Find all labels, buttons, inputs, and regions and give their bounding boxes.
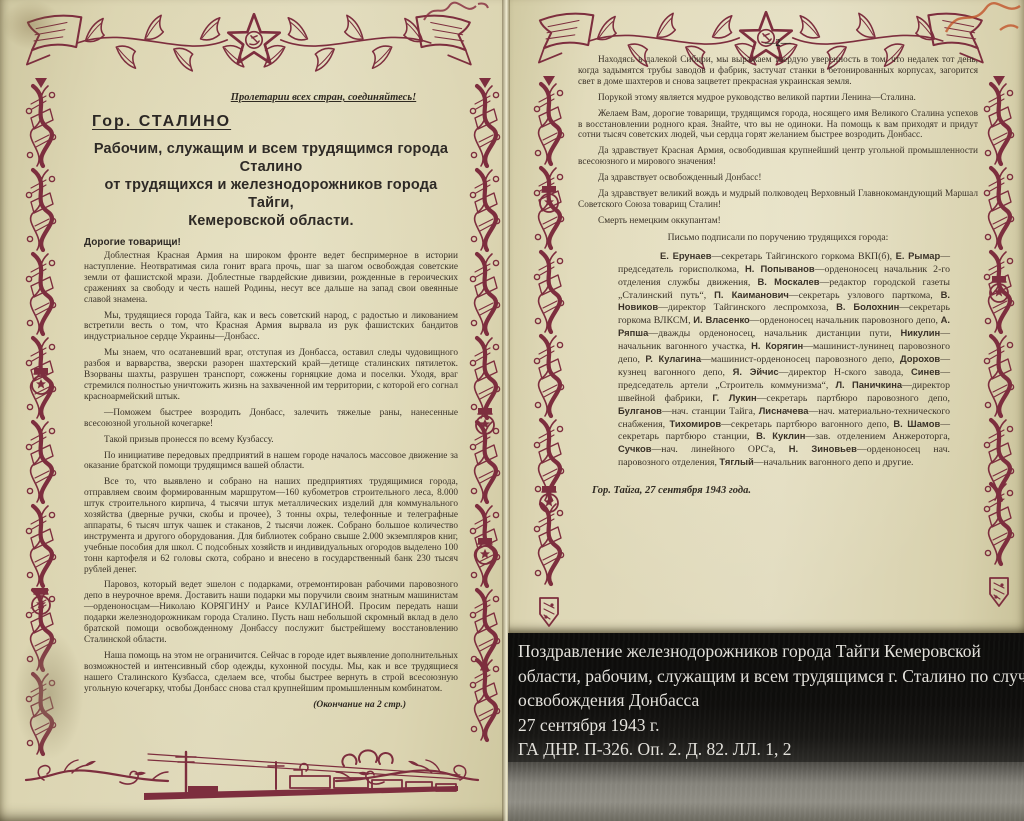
paragraph: Поздравление железнодорожников города Та…	[518, 639, 1024, 664]
left-body: Доблестная Красная Армия на широком фрон…	[84, 251, 458, 695]
paragraph: от трудящихся и железнодорожников города…	[84, 176, 458, 212]
paragraph: Кемеровской области.	[84, 212, 458, 230]
dateline: Гор. Тайга, 27 сентября 1943 года.	[592, 485, 978, 496]
paragraph: Да здравствует великий вождь и мудрый по…	[578, 189, 978, 211]
handwritten-mark-icon	[420, 0, 492, 26]
left-page-text: Пролетарии всех стран, соединяйтесь! Гор…	[84, 92, 458, 719]
slogan: Пролетарии всех стран, соединяйтесь!	[84, 92, 458, 103]
page-right: —2— Находясь в далекой Сибири, мы выража…	[508, 0, 1024, 633]
paragraph: Смерть немецким оккупантам!	[578, 216, 978, 227]
city-heading: Гор. СТАЛИНО	[92, 113, 458, 131]
paragraph: освобождения Донбасса	[518, 688, 1024, 713]
star-icon	[228, 14, 279, 63]
right-border-icon	[982, 82, 1016, 610]
paragraph: Да здравствует Красная Армия, освободивш…	[578, 146, 978, 168]
scanned-document: Пролетарии всех стран, соединяйтесь! Гор…	[0, 0, 1024, 821]
paragraph: Все то, что выявлено и собрано на наших …	[84, 477, 458, 575]
left-border-icon	[532, 82, 566, 630]
paragraph: 27 сентября 1943 г.	[518, 713, 1024, 738]
train-vignette-icon	[128, 742, 468, 804]
salutation: Дорогие товарищи!	[84, 237, 458, 248]
paragraph: Наша помощь на этом не ограничится. Сейч…	[84, 651, 458, 695]
handwritten-mark-icon	[940, 0, 1024, 42]
paragraph: области, рабочим, служащим и всем трудящ…	[518, 664, 1024, 689]
right-border-icon	[468, 84, 502, 744]
signatories-intro: Письмо подписали по поручению трудящихся…	[578, 232, 978, 243]
page-number: —2—	[578, 38, 978, 49]
paragraph: Рабочим, служащим и всем трудящимся горо…	[84, 140, 458, 176]
paragraph: —Поможем быстрее возродить Донбасс, зале…	[84, 408, 458, 430]
paragraph: Желаем Вам, дорогие товарищи, трудящимся…	[578, 109, 978, 142]
right-body: Находясь в далекой Сибири, мы выражаем т…	[578, 55, 978, 227]
paragraph: Мы знаем, что осатаневший враг, отступая…	[84, 348, 458, 403]
paragraph: ГА ДНР. П-326. Оп. 2. Д. 82. ЛЛ. 1, 2	[518, 737, 1024, 762]
paragraph: Такой призыв пронесся по всему Кузбассу.	[84, 435, 458, 446]
right-page-text: —2— Находясь в далекой Сибири, мы выража…	[578, 38, 978, 496]
left-border-icon	[24, 84, 58, 756]
caption: Поздравление железнодорожников города Та…	[508, 633, 1024, 762]
paragraph: Мы, трудящиеся города Тайга, как и весь …	[84, 311, 458, 344]
paragraph: Паровоз, который ведет эшелон с подаркам…	[84, 580, 458, 645]
page-left: Пролетарии всех стран, соединяйтесь! Гор…	[0, 0, 508, 821]
paragraph: По инициативе передовых предприятий в на…	[84, 451, 458, 473]
paragraph: Порукой этому является мудрое руководств…	[578, 93, 978, 104]
paragraph: Да здравствует освобожденный Донбасс!	[578, 173, 978, 184]
page-title: Рабочим, служащим и всем трудящимся горо…	[84, 140, 458, 230]
paragraph: Находясь в далекой Сибири, мы выражаем т…	[578, 55, 978, 88]
paragraph: Доблестная Красная Армия на широком фрон…	[84, 251, 458, 306]
signatories: Е. Ерунаев—секретарь Тайгинского горкома…	[618, 250, 950, 469]
continuation-note: (Окончание на 2 стр.)	[84, 700, 458, 710]
